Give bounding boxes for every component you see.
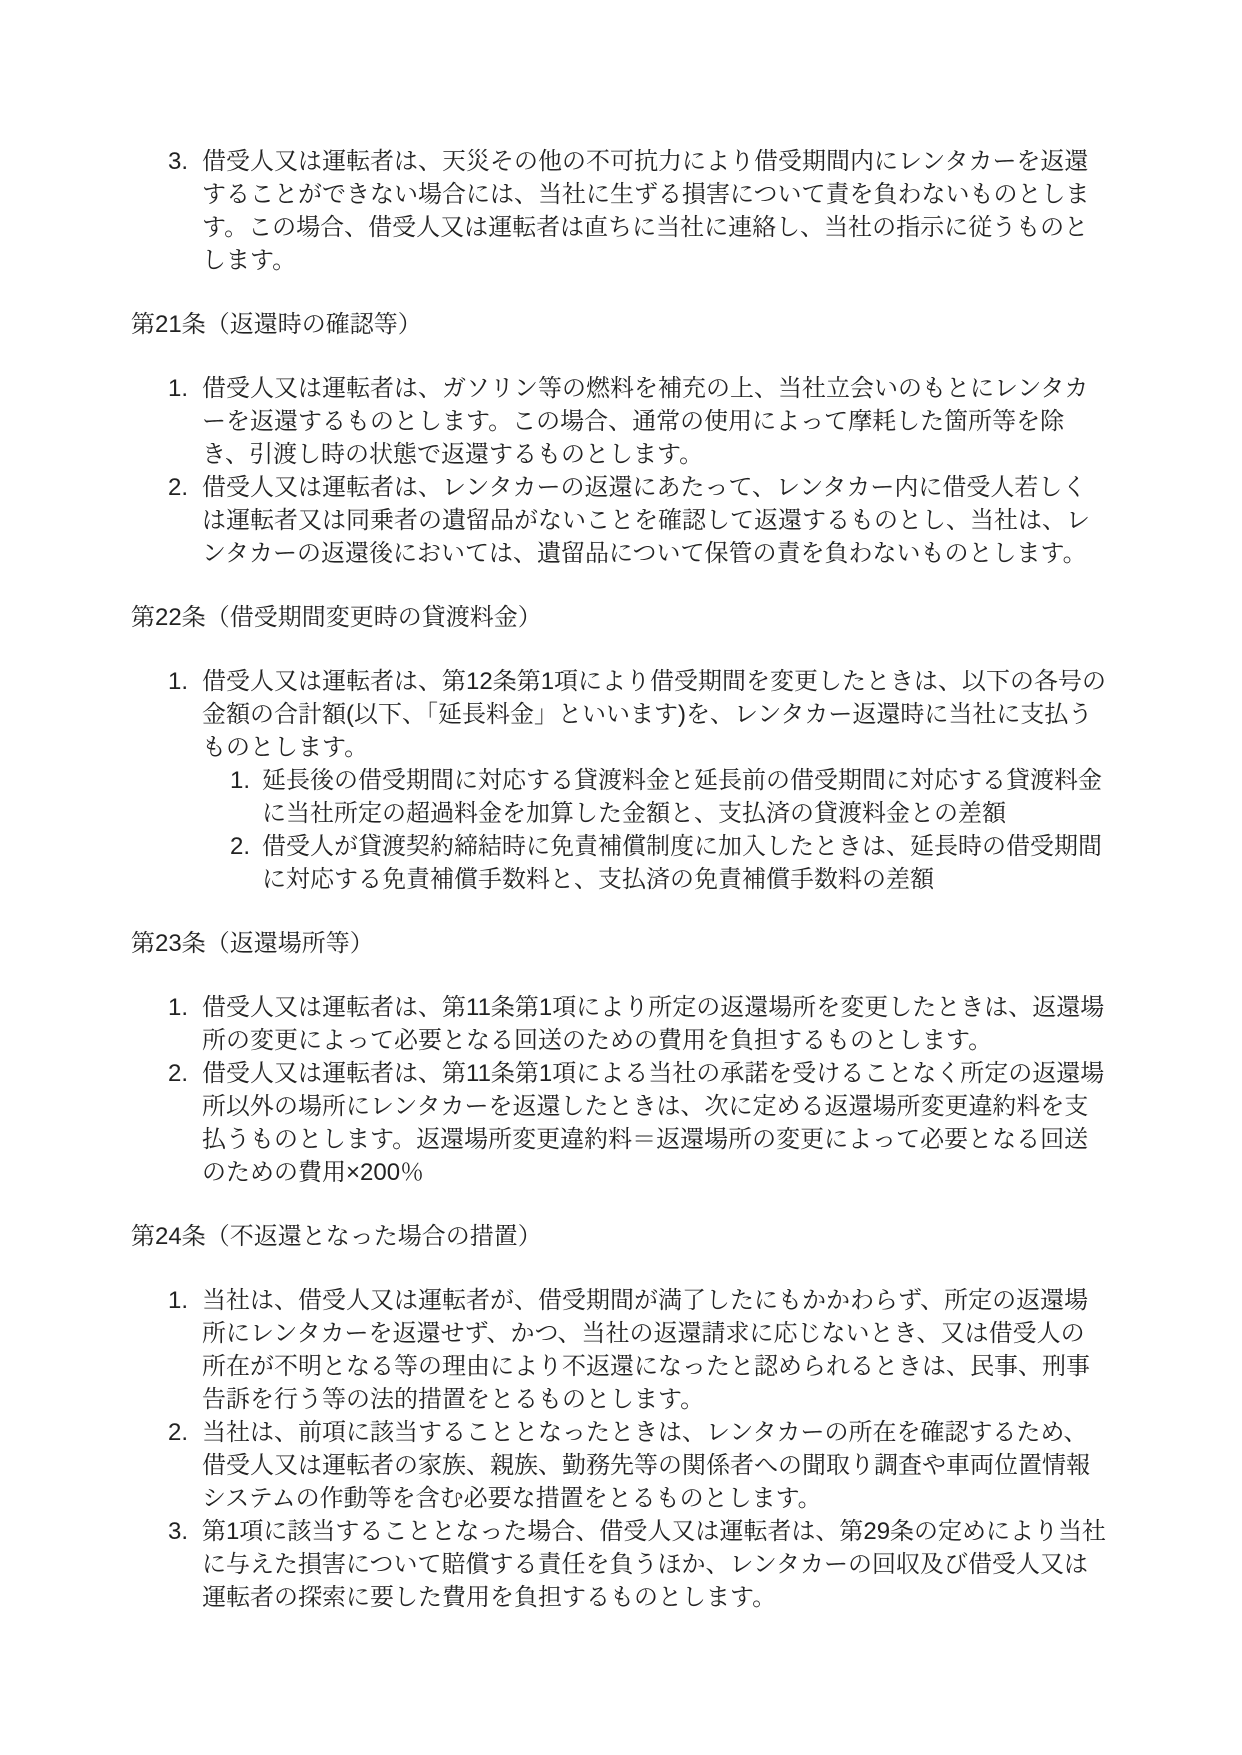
article-23-heading: 第23条（返還場所等） xyxy=(131,927,1107,960)
sublist-item: 2. 借受人が貸渡契約締結時に免責補償制度に加入したときは、延長時の借受期間に対… xyxy=(262,830,1107,896)
sublist-item-text: 延長後の借受期間に対応する貸渡料金と延長前の借受期間に対応する貸渡料金に当社所定… xyxy=(262,767,1102,827)
list-item-number: 1. xyxy=(168,665,188,698)
article-21-list: 1. 借受人又は運転者は、ガソリン等の燃料を補充の上、当社立会いのもとにレンタカ… xyxy=(131,372,1107,570)
article-24-heading: 第24条（不返還となった場合の措置） xyxy=(131,1220,1107,1253)
sublist-item: 1. 延長後の借受期間に対応する貸渡料金と延長前の借受期間に対応する貸渡料金に当… xyxy=(262,764,1107,830)
list-item-text: 借受人又は運転者は、第11条第1項による当社の承諾を受けることなく所定の返還場所… xyxy=(202,1060,1104,1186)
list-item-number: 3. xyxy=(168,1515,188,1548)
article-23-list: 1. 借受人又は運転者は、第11条第1項により所定の返還場所を変更したときは、返… xyxy=(131,991,1107,1189)
list-item-text: 借受人又は運転者は、第12条第1項により借受期間を変更したときは、以下の各号の金… xyxy=(202,668,1106,761)
list-item-text: 借受人又は運転者は、ガソリン等の燃料を補充の上、当社立会いのもとにレンタカーを返… xyxy=(202,375,1088,468)
list-item: 3. 借受人又は運転者は、天災その他の不可抗力により借受期間内にレンタカーを返還… xyxy=(202,145,1107,277)
list-item: 3. 第1項に該当することとなった場合、借受人又は運転者は、第29条の定めにより… xyxy=(202,1515,1107,1614)
sublist-item-number: 2. xyxy=(230,830,250,863)
article-22-list: 1. 借受人又は運転者は、第12条第1項により借受期間を変更したときは、以下の各… xyxy=(131,665,1107,896)
list-item-number: 1. xyxy=(168,991,188,1024)
list-item-number: 1. xyxy=(168,1284,188,1317)
list-item: 2. 当社は、前項に該当することとなったときは、レンタカーの所在を確認するため、… xyxy=(202,1416,1107,1515)
list-item-text: 借受人又は運転者は、レンタカーの返還にあたって、レンタカー内に借受人若しくは運転… xyxy=(202,474,1090,567)
list-item-text: 当社は、前項に該当することとなったときは、レンタカーの所在を確認するため、借受人… xyxy=(202,1419,1090,1512)
list-item: 1. 当社は、借受人又は運転者が、借受期間が満了したにもかかわらず、所定の返還場… xyxy=(202,1284,1107,1416)
article-20-continued-list: 3. 借受人又は運転者は、天災その他の不可抗力により借受期間内にレンタカーを返還… xyxy=(131,145,1107,277)
list-item-number: 2. xyxy=(168,1416,188,1449)
list-item-text: 当社は、借受人又は運転者が、借受期間が満了したにもかかわらず、所定の返還場所にレ… xyxy=(202,1287,1090,1413)
article-22-sublist: 1. 延長後の借受期間に対応する貸渡料金と延長前の借受期間に対応する貸渡料金に当… xyxy=(202,764,1107,896)
list-item-number: 2. xyxy=(168,1057,188,1090)
list-item: 2. 借受人又は運転者は、第11条第1項による当社の承諾を受けることなく所定の返… xyxy=(202,1057,1107,1189)
sublist-item-text: 借受人が貸渡契約締結時に免責補償制度に加入したときは、延長時の借受期間に対応する… xyxy=(262,833,1102,893)
document-page: 3. 借受人又は運転者は、天災その他の不可抗力により借受期間内にレンタカーを返還… xyxy=(0,0,1242,1755)
list-item: 2. 借受人又は運転者は、レンタカーの返還にあたって、レンタカー内に借受人若しく… xyxy=(202,471,1107,570)
list-item: 1. 借受人又は運転者は、第11条第1項により所定の返還場所を変更したときは、返… xyxy=(202,991,1107,1057)
list-item-text: 借受人又は運転者は、第11条第1項により所定の返還場所を変更したときは、返還場所… xyxy=(202,994,1104,1054)
list-item-text: 借受人又は運転者は、天災その他の不可抗力により借受期間内にレンタカーを返還するこ… xyxy=(202,148,1090,274)
list-item-number: 3. xyxy=(168,145,188,178)
list-item: 1. 借受人又は運転者は、第12条第1項により借受期間を変更したときは、以下の各… xyxy=(202,665,1107,896)
list-item-number: 2. xyxy=(168,471,188,504)
article-22-heading: 第22条（借受期間変更時の貸渡料金） xyxy=(131,601,1107,634)
list-item-number: 1. xyxy=(168,372,188,405)
list-item-text: 第1項に該当することとなった場合、借受人又は運転者は、第29条の定めにより当社に… xyxy=(202,1518,1106,1611)
article-24-list: 1. 当社は、借受人又は運転者が、借受期間が満了したにもかかわらず、所定の返還場… xyxy=(131,1284,1107,1614)
article-21-heading: 第21条（返還時の確認等） xyxy=(131,308,1107,341)
list-item: 1. 借受人又は運転者は、ガソリン等の燃料を補充の上、当社立会いのもとにレンタカ… xyxy=(202,372,1107,471)
sublist-item-number: 1. xyxy=(230,764,250,797)
